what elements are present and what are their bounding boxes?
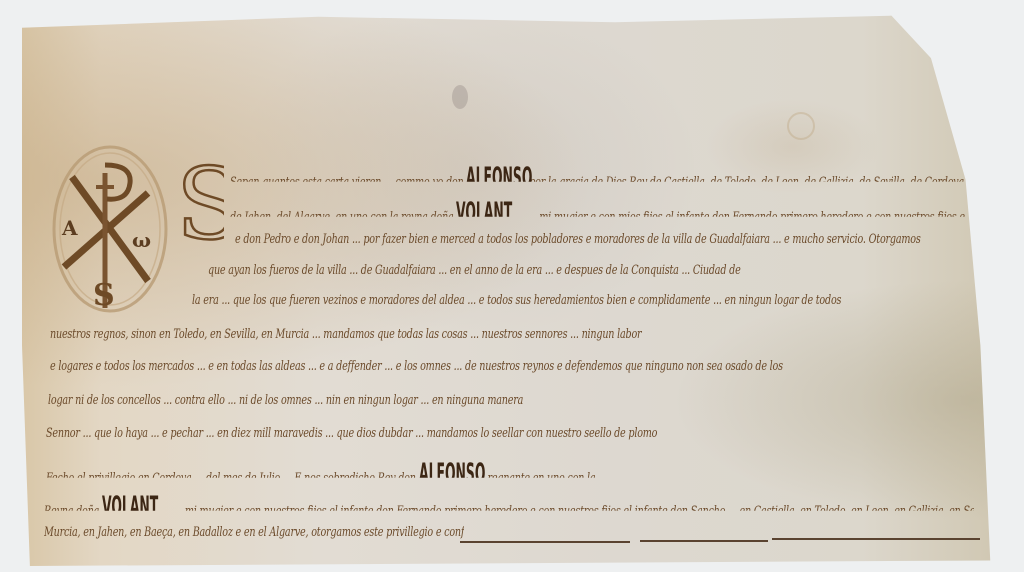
- parchment-stain: [452, 85, 468, 109]
- text-line-9: Sennor ... que lo haya ... e pechar ... …: [46, 426, 972, 448]
- parchment-stain: [787, 112, 815, 140]
- line-text: Murcia, en Jahen, en Baeça, en Badalloz …: [44, 525, 464, 540]
- line-text: Sennor ... que lo haya ... e pechar ... …: [46, 426, 657, 441]
- chrismon-icon: A ω S: [50, 143, 170, 315]
- signature-rule: [460, 541, 630, 543]
- line-text: mi mugier e con mios fijos el infante do…: [539, 210, 965, 217]
- text-line-3: e don Pedro e don Johan ... por fazer bi…: [235, 232, 967, 254]
- signature-rule: [640, 540, 768, 542]
- queen-name: VOLANT: [102, 489, 158, 511]
- queen-name: VOLANT: [456, 195, 512, 217]
- text-line-12: Murcia, en Jahen, en Baeça, en Badalloz …: [44, 525, 464, 547]
- royal-name: ALFONSO: [466, 160, 532, 182]
- line-text: Sepan quantos esta carta vieren ... comm…: [230, 175, 463, 182]
- line-text: que ayan los fueros de la villa ... de G…: [208, 263, 741, 278]
- line-text: regnante en uno con la: [487, 471, 595, 478]
- line-text: mi mugier e con nuestros fijos el infant…: [185, 504, 974, 511]
- text-line-4: que ayan los fueros de la villa ... de G…: [208, 263, 968, 285]
- signature-rule: [772, 538, 980, 540]
- text-line-7: e logares e todos los mercados ... e en …: [50, 359, 970, 381]
- line-text: por la gracia de Dios Rey de Castiella, …: [529, 175, 970, 182]
- svg-text:S: S: [178, 158, 224, 246]
- parchment-document: [22, 14, 1010, 566]
- text-line-1: Sepan quantos esta carta vieren ... comm…: [230, 160, 970, 182]
- text-line-2: de Jahen, del Algarve, en uno con la rey…: [230, 195, 965, 217]
- text-line-10: Fecho el privillegio en Cordova ... del …: [46, 456, 974, 478]
- line-text: e logares e todos los mercados ... e en …: [50, 359, 783, 374]
- text-line-8: logar ni de los concellos ... contra ell…: [48, 393, 970, 415]
- svg-text:A: A: [61, 216, 78, 240]
- text-line-5: la era ... que los que fueren vezinos e …: [192, 293, 968, 315]
- svg-text:S: S: [93, 278, 115, 313]
- line-text: logar ni de los concellos ... contra ell…: [48, 393, 523, 408]
- initial-letter-s: S: [178, 158, 224, 246]
- text-line-11: Reyna doña VOLANT mi mugier e con nuestr…: [44, 489, 974, 511]
- line-text: e don Pedro e don Johan ... por fazer bi…: [235, 232, 921, 247]
- royal-name: ALFONSO: [419, 456, 485, 478]
- line-text: nuestros regnos, sinon en Toledo, en Sev…: [50, 327, 641, 342]
- line-text: Reyna doña: [44, 504, 99, 511]
- line-text: de Jahen, del Algarve, en uno con la rey…: [230, 210, 454, 217]
- svg-text:ω: ω: [132, 228, 151, 252]
- text-line-6: nuestros regnos, sinon en Toledo, en Sev…: [50, 327, 968, 349]
- line-text: la era ... que los que fueren vezinos e …: [192, 293, 841, 308]
- line-text: Fecho el privillegio en Cordova ... del …: [46, 471, 416, 478]
